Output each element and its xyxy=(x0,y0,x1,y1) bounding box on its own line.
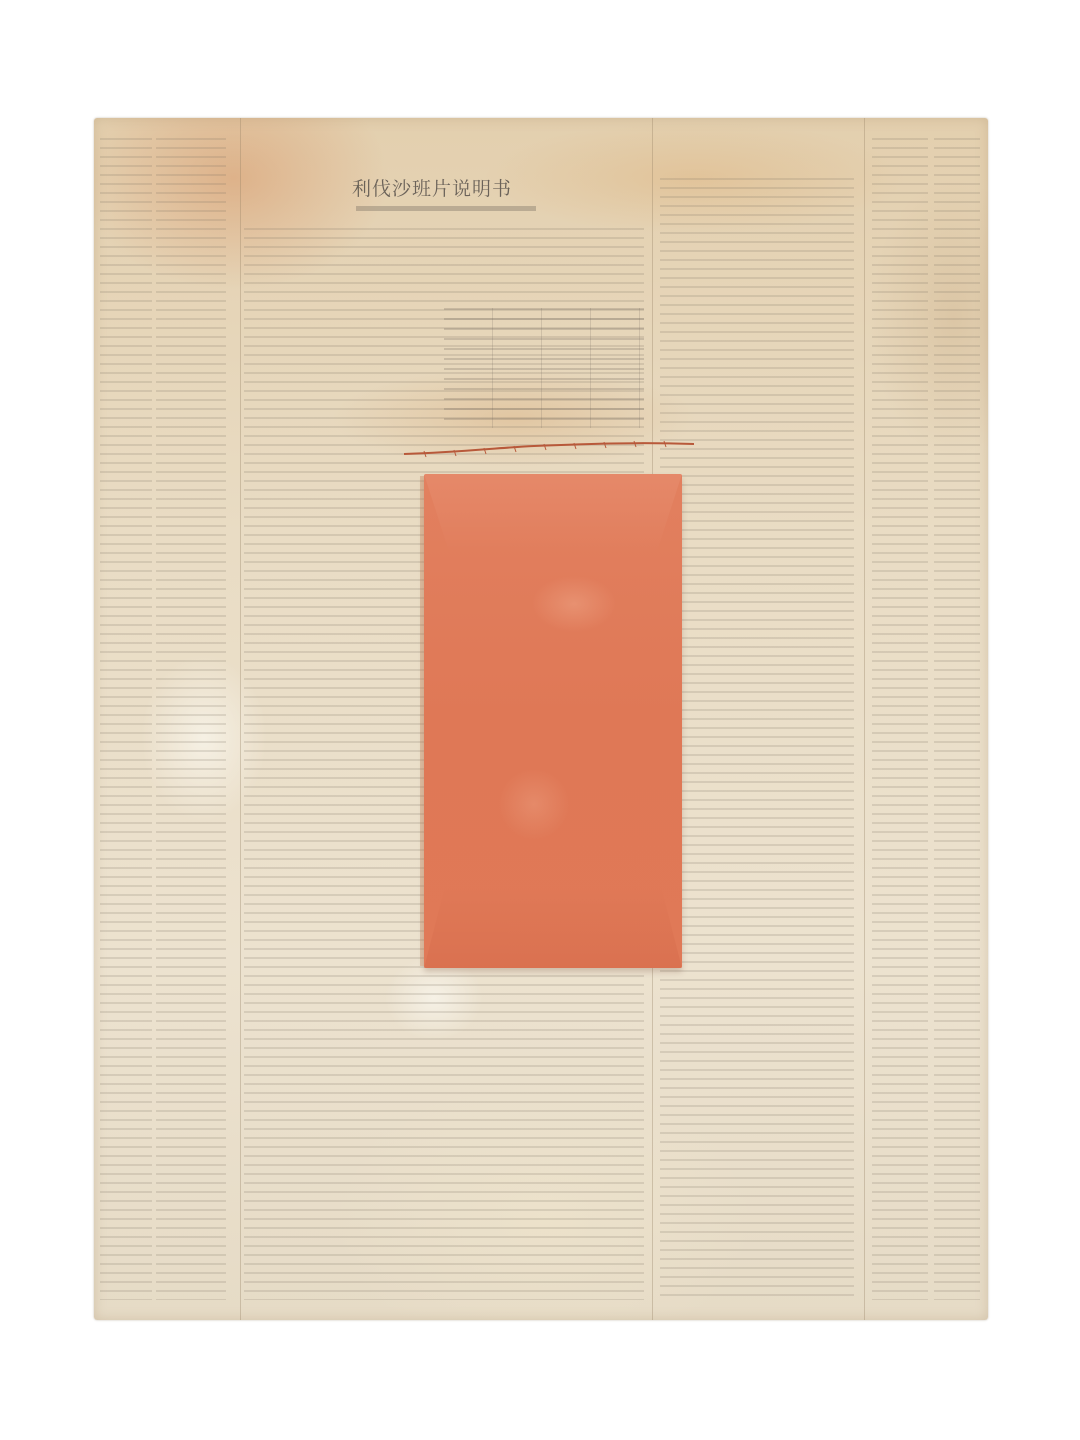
column-divider xyxy=(864,118,865,1320)
red-envelope xyxy=(424,474,682,968)
text-column xyxy=(872,138,928,1300)
insert-title: 利伐沙班片说明书 xyxy=(352,174,512,201)
text-column xyxy=(100,138,152,1300)
envelope-fold xyxy=(424,888,682,968)
dosage-table xyxy=(444,308,644,428)
insert-subtitle xyxy=(356,206,536,211)
envelope-flap xyxy=(424,474,682,554)
text-column xyxy=(660,178,854,1300)
stitched-thread xyxy=(404,440,694,460)
text-column xyxy=(934,138,980,1300)
text-column xyxy=(156,138,226,1300)
column-divider xyxy=(240,118,241,1320)
wax-panel: 利伐沙班片说明书 xyxy=(94,118,988,1320)
